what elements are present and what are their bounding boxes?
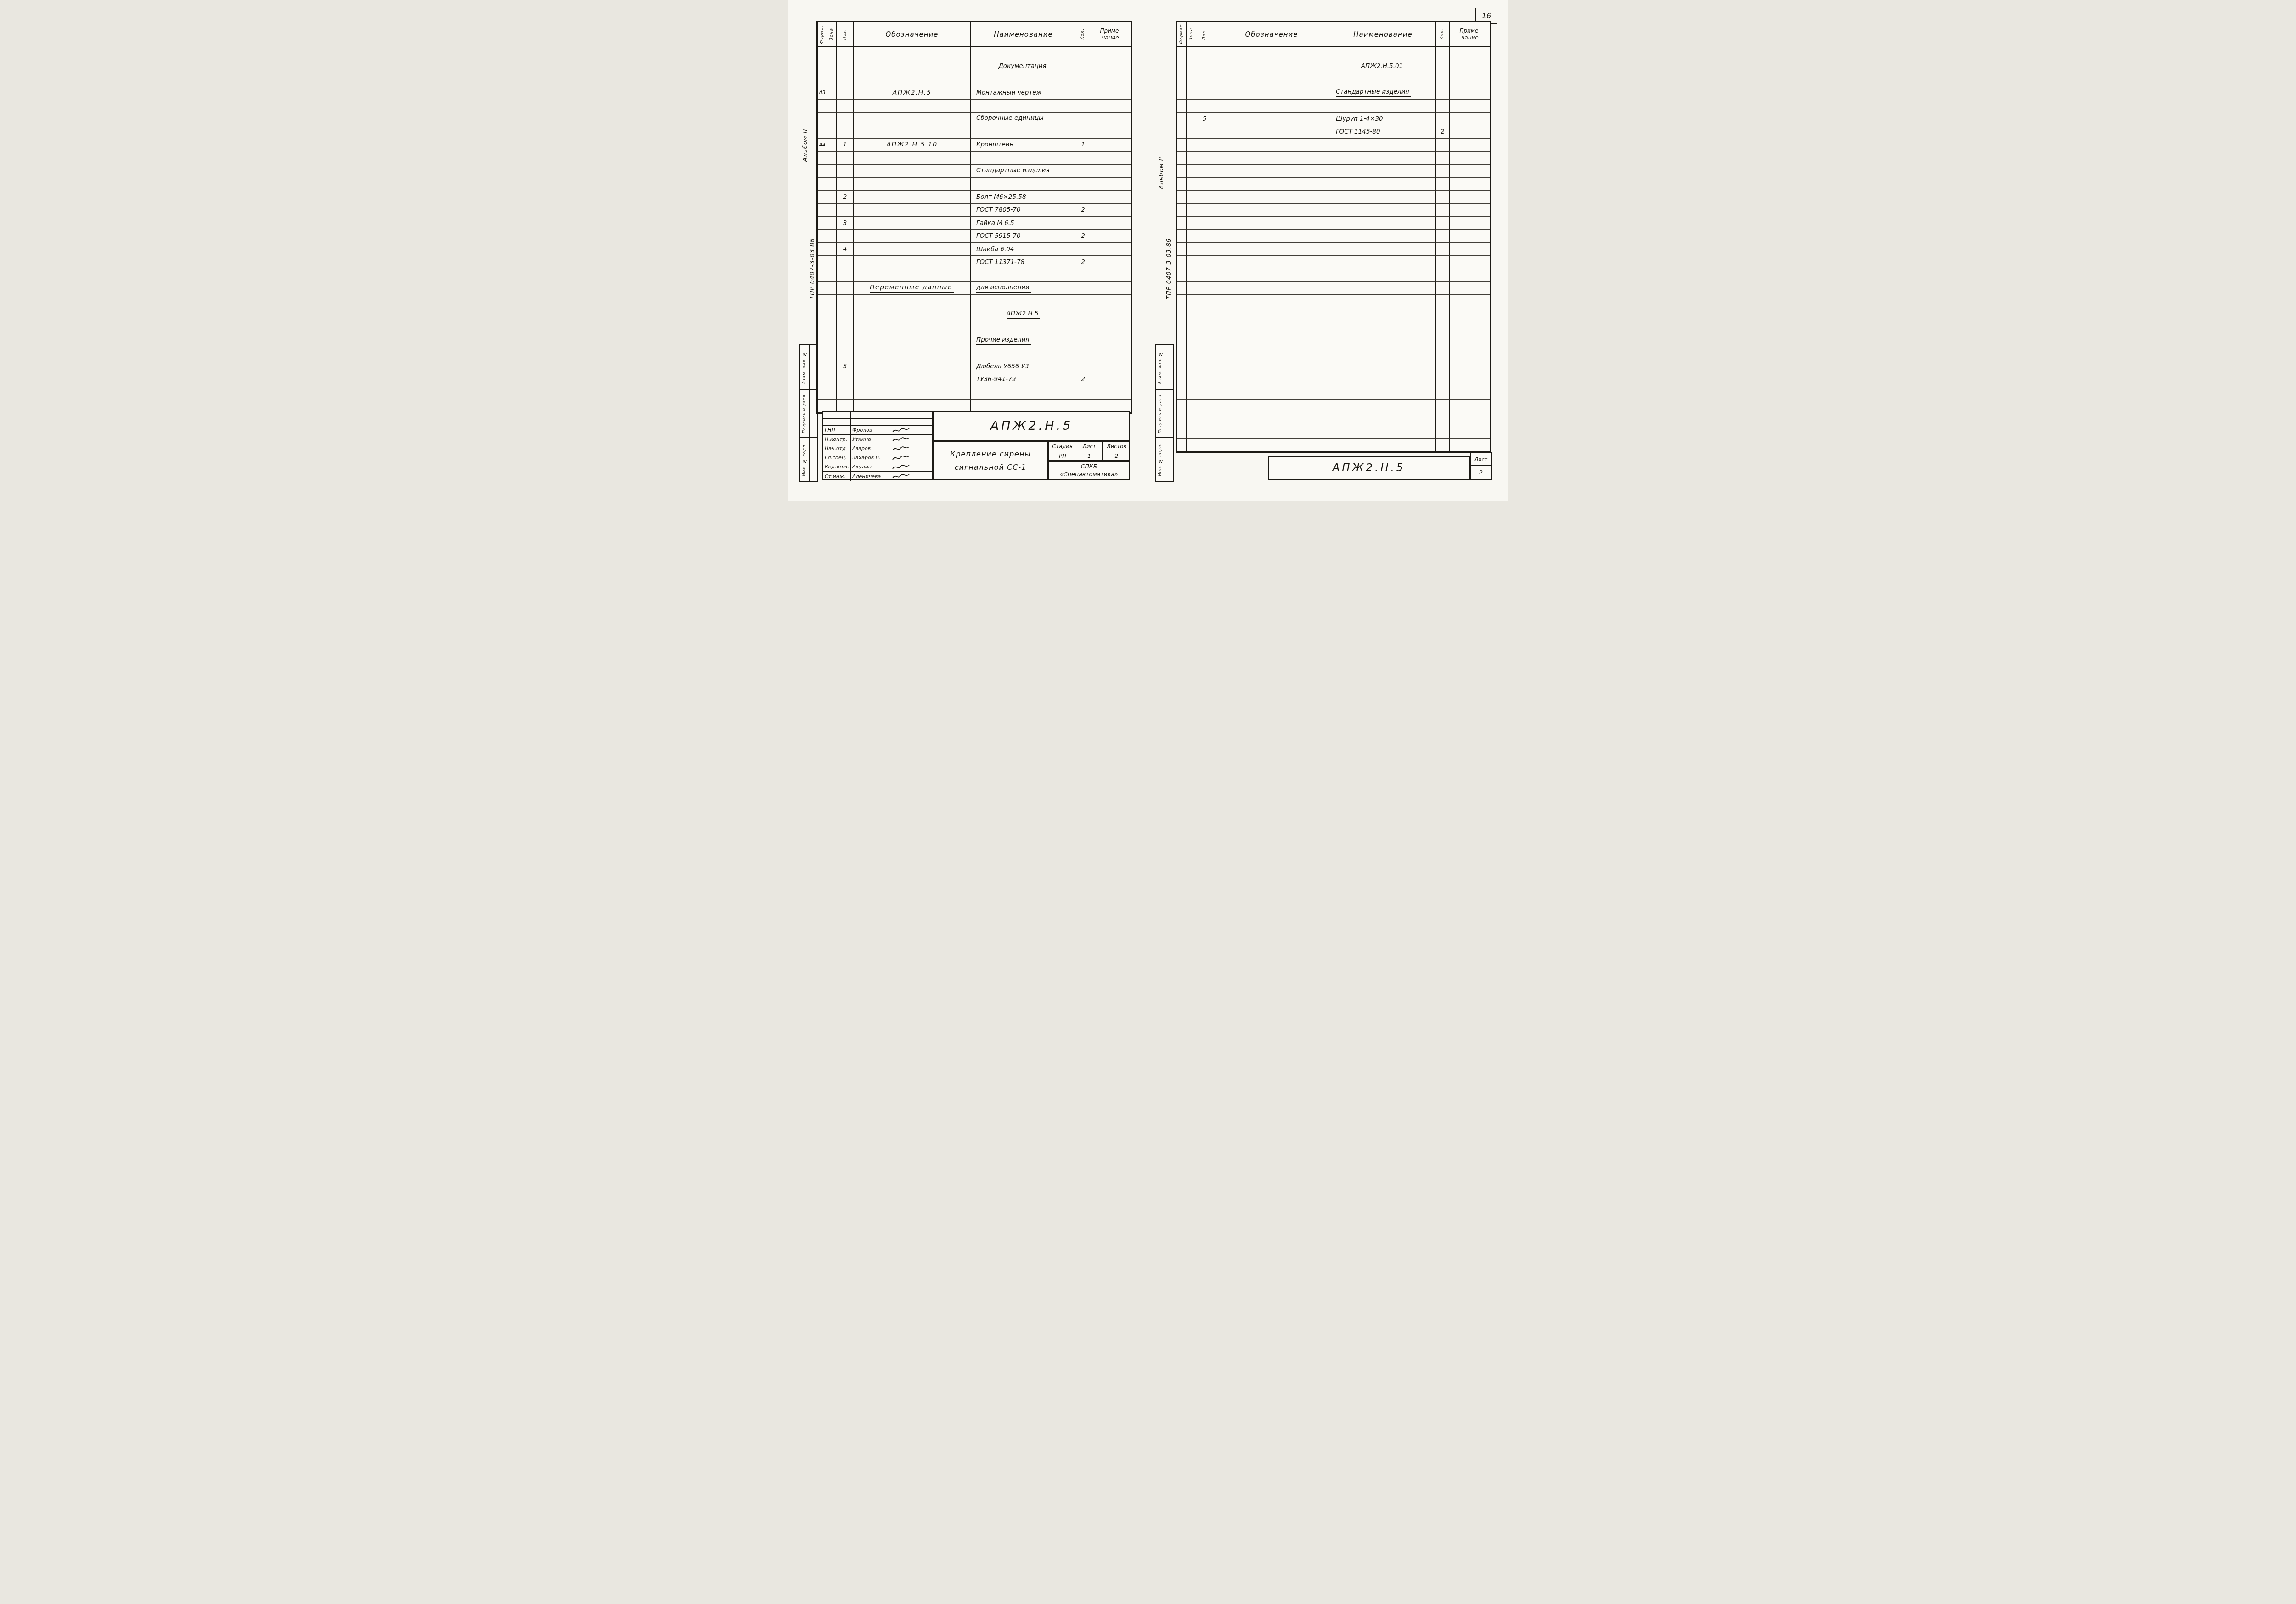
cell-format (1177, 373, 1187, 386)
cell-format (1177, 165, 1187, 178)
cell-designation (1213, 308, 1330, 321)
cell-zone (1187, 373, 1196, 386)
name-value: ГОСТ 11371-78 (976, 259, 1024, 266)
cell-format (1177, 243, 1187, 256)
cell-pos (1196, 334, 1213, 347)
signer-role: ГНП (823, 426, 851, 435)
cell-name (1330, 243, 1436, 256)
format-header-label: Формат (820, 24, 824, 44)
cell-qty (1436, 321, 1450, 334)
cell-zone (827, 360, 837, 373)
cell-zone (827, 100, 837, 113)
cell-format (1177, 125, 1187, 138)
signer-role-text: Гл.спец. (825, 455, 847, 461)
cell-name (971, 178, 1076, 191)
cell-pos (837, 152, 854, 164)
stamp-label: Взам. инв. № (1156, 345, 1165, 390)
cell-zone (827, 386, 837, 399)
cell-note (1450, 47, 1490, 60)
cell-qty (1436, 139, 1450, 152)
cell-name (1330, 412, 1436, 425)
cell-qty (1076, 295, 1090, 308)
cell-name (971, 321, 1076, 334)
signer-name: Фролов (851, 426, 890, 435)
cell-zone (827, 47, 837, 60)
cell-name (1330, 321, 1436, 334)
cell-note (1450, 125, 1490, 138)
cell-pos (1196, 439, 1213, 451)
title-line-2: сигнальной СС-1 (955, 463, 1027, 472)
cell-note (1090, 86, 1131, 99)
cell-pos (837, 60, 854, 73)
cell-qty (1076, 47, 1090, 60)
cell-pos (837, 321, 854, 334)
stage-sheet-grid: Стадия Лист Листов РП 1 2 (1048, 441, 1130, 461)
header-format: Формат (818, 22, 827, 47)
cell-designation (1213, 412, 1330, 425)
cell-zone (1187, 256, 1196, 269)
cell-zone (1187, 230, 1196, 242)
cell-qty (1436, 386, 1450, 399)
cell-zone (827, 347, 837, 360)
cell-designation (1213, 100, 1330, 113)
cell-pos (837, 165, 854, 178)
cell-format (818, 165, 827, 178)
cell-pos (1196, 178, 1213, 191)
cell-format (818, 60, 827, 73)
cell-format (818, 256, 827, 269)
cell-pos (837, 178, 854, 191)
cell-format (818, 360, 827, 373)
cell-note (1090, 73, 1131, 86)
cell-qty (1436, 230, 1450, 242)
stamp-podpis-data-right: Подпись и дата (1155, 389, 1174, 439)
cell-format (1177, 308, 1187, 321)
signer-signature (890, 435, 916, 444)
cell-qty (1076, 178, 1090, 191)
name-value: Дюбель У656 У3 (976, 363, 1029, 370)
note-line: Приме- (1459, 28, 1480, 34)
cell-qty (1436, 269, 1450, 282)
cell-name (971, 400, 1076, 412)
header-note: Приме-чание (1450, 22, 1490, 47)
signer-date (916, 444, 932, 453)
cell-designation (1213, 178, 1330, 191)
cell-pos (837, 86, 854, 99)
cell-zone (827, 139, 837, 152)
signer-date (916, 435, 932, 444)
cell-qty: 2 (1076, 256, 1090, 269)
cell-name: ГОСТ 1145-80 (1330, 125, 1436, 138)
cell-designation (854, 400, 971, 412)
spec-table-right: ФорматЗонаПоз.ОбозначениеНаименованиеКол… (1176, 21, 1491, 453)
cell-name: ТУ36-941-79 (971, 373, 1076, 386)
cell-designation (1213, 47, 1330, 60)
cell-qty (1436, 347, 1450, 360)
cell-qty: 1 (1076, 139, 1090, 152)
cell-zone (1187, 269, 1196, 282)
cell-qty (1436, 152, 1450, 164)
pos-header-label: Поз. (1203, 29, 1207, 40)
cell-designation (1213, 256, 1330, 269)
cell-note (1450, 373, 1490, 386)
cell-zone (827, 400, 837, 412)
cell-name: Шуруп 1-4×30 (1330, 113, 1436, 125)
cell-note (1450, 73, 1490, 86)
cell-qty (1436, 360, 1450, 373)
cell-name: Прочие изделия (971, 334, 1076, 347)
cell-format (818, 282, 827, 295)
cell-name: Документация (971, 60, 1076, 73)
title-line-1: Крепление сирены (950, 450, 1031, 458)
cell-zone (1187, 282, 1196, 295)
cell-zone (1187, 60, 1196, 73)
cell-note (1090, 60, 1131, 73)
cell-note (1090, 230, 1131, 242)
signature-mark (892, 463, 910, 471)
cell-format (818, 269, 827, 282)
cell-pos (1196, 412, 1213, 425)
signer-role: Н.контр. (823, 435, 851, 444)
cell-designation (1213, 360, 1330, 373)
signer-name: Уткина (851, 435, 890, 444)
cell-format (1177, 295, 1187, 308)
sheets-value-cell: 2 (1103, 451, 1131, 460)
cell-pos (837, 113, 854, 125)
cell-note (1450, 178, 1490, 191)
name-value: ГОСТ 7805-70 (976, 206, 1021, 214)
cell-zone (827, 243, 837, 256)
cell-pos (1196, 308, 1213, 321)
cell-zone (1187, 191, 1196, 203)
cell-designation (1213, 386, 1330, 399)
cell-zone (827, 373, 837, 386)
signer-signature (890, 444, 916, 453)
stamp-vzam-inv-right: Взам. инв. № (1155, 344, 1174, 391)
cell-name: Болт М6×25.58 (971, 191, 1076, 203)
cell-zone (1187, 73, 1196, 86)
cell-note (1450, 425, 1490, 438)
cell-pos (837, 373, 854, 386)
cell-zone (1187, 439, 1196, 451)
signers-empty-cell (890, 412, 916, 419)
cell-name (1330, 204, 1436, 217)
cell-qty (1436, 204, 1450, 217)
signer-date (916, 472, 932, 481)
zone-header-label: Зона (830, 28, 834, 40)
cell-note (1450, 321, 1490, 334)
cell-pos (1196, 217, 1213, 230)
cell-zone (827, 308, 837, 321)
cell-qty (1436, 400, 1450, 412)
cell-qty (1436, 217, 1450, 230)
signers-empty-cell (916, 419, 932, 426)
cell-format (818, 100, 827, 113)
cell-designation (1213, 321, 1330, 334)
name-value: Стандартные изделия (1336, 88, 1411, 97)
signer-signature (890, 472, 916, 481)
stamp-empty (810, 438, 817, 481)
cell-zone (827, 152, 837, 164)
cell-name: Дюбель У656 У3 (971, 360, 1076, 373)
cell-name (1330, 191, 1436, 203)
cell-qty (1076, 360, 1090, 373)
cell-qty (1076, 60, 1090, 73)
cell-note (1450, 60, 1490, 73)
cell-format (818, 204, 827, 217)
cell-pos (837, 334, 854, 347)
cell-zone (1187, 308, 1196, 321)
zone-header-label: Зона (1189, 28, 1193, 40)
cell-name (971, 386, 1076, 399)
cell-format (1177, 152, 1187, 164)
cell-designation: Переменные данные (854, 282, 971, 295)
cell-qty (1076, 308, 1090, 321)
cell-qty (1076, 321, 1090, 334)
cell-note (1090, 139, 1131, 152)
cell-designation (1213, 295, 1330, 308)
cell-zone (827, 165, 837, 178)
pos-value: 2 (843, 193, 847, 201)
cell-name (1330, 386, 1436, 399)
sheets-label-cell: Листов (1103, 442, 1131, 451)
cell-zone (1187, 152, 1196, 164)
cell-qty (1076, 334, 1090, 347)
cell-designation (854, 230, 971, 242)
cell-zone (827, 113, 837, 125)
cell-qty (1436, 100, 1450, 113)
name-value: Документация (998, 62, 1048, 71)
signer-name-text: Фролов (852, 427, 872, 433)
cell-zone (827, 191, 837, 203)
cell-name (1330, 230, 1436, 242)
cell-pos (1196, 282, 1213, 295)
cell-format (1177, 47, 1187, 60)
qty-value: 2 (1081, 232, 1085, 240)
cell-note (1090, 178, 1131, 191)
cell-format (1177, 113, 1187, 125)
signer-name: Аленичева (851, 472, 890, 481)
stamp-label: Инв. № подл. (800, 438, 810, 481)
signer-name-text: Азаров (852, 445, 871, 451)
cell-qty (1436, 295, 1450, 308)
cell-format (818, 373, 827, 386)
stamp-inv-podl-right: Инв. № подл. (1155, 437, 1174, 482)
cell-note (1090, 113, 1131, 125)
cell-qty: 2 (1076, 230, 1090, 242)
cell-format (1177, 217, 1187, 230)
cell-name (1330, 360, 1436, 373)
header-designation: Обозначение (1213, 22, 1330, 47)
stamp-empty (1165, 438, 1173, 481)
stamp-empty (1165, 345, 1173, 390)
cell-zone (827, 204, 837, 217)
cell-note (1450, 439, 1490, 451)
cell-note (1090, 282, 1131, 295)
cell-designation (1213, 334, 1330, 347)
note-line: чание (1100, 34, 1120, 41)
spec-table-left: ФорматЗонаПоз.ОбозначениеНаименованиеКол… (816, 21, 1132, 414)
cell-designation (854, 178, 971, 191)
cell-zone (827, 125, 837, 138)
cell-name (1330, 269, 1436, 282)
name-value: АПЖ2.Н.5 (1007, 310, 1041, 319)
cell-zone (827, 334, 837, 347)
corner-sheet-value: 2 (1471, 466, 1491, 479)
cell-zone (1187, 47, 1196, 60)
cell-designation (854, 243, 971, 256)
cell-note (1450, 334, 1490, 347)
cell-format (1177, 73, 1187, 86)
cell-pos (837, 295, 854, 308)
cell-designation (854, 347, 971, 360)
cell-zone (1187, 113, 1196, 125)
cell-pos (1196, 386, 1213, 399)
cell-qty (1436, 47, 1450, 60)
cell-format (818, 400, 827, 412)
designation-value: АПЖ2.Н.5 (893, 89, 931, 96)
cell-qty: 2 (1076, 373, 1090, 386)
header-designation: Обозначение (854, 22, 971, 47)
signature-mark (892, 427, 910, 434)
cell-note (1450, 113, 1490, 125)
cell-note (1450, 412, 1490, 425)
cell-designation (854, 269, 971, 282)
cell-format (1177, 386, 1187, 399)
cell-designation (1213, 191, 1330, 203)
cell-designation (1213, 73, 1330, 86)
qty-value: 2 (1441, 128, 1445, 135)
cell-designation (854, 321, 971, 334)
pos-value: 5 (843, 363, 847, 370)
cell-designation (1213, 400, 1330, 412)
cell-name (971, 152, 1076, 164)
cell-pos (1196, 139, 1213, 152)
cell-note (1450, 256, 1490, 269)
cell-zone (1187, 204, 1196, 217)
cell-pos: 3 (837, 217, 854, 230)
cell-qty (1436, 165, 1450, 178)
title-block: ГНПФроловН.контр.УткинаНач.отдАзаровГл.с… (822, 411, 1130, 480)
cell-note (1450, 165, 1490, 178)
cell-pos (837, 230, 854, 242)
cell-qty: 2 (1436, 125, 1450, 138)
cell-designation (1213, 60, 1330, 73)
cell-note (1450, 295, 1490, 308)
cell-pos (1196, 269, 1213, 282)
cell-zone (1187, 334, 1196, 347)
name-header-label: Наименование (994, 30, 1053, 39)
cell-note (1090, 360, 1131, 373)
cell-designation (1213, 152, 1330, 164)
note-line: чание (1459, 34, 1480, 41)
name-value: Шуруп 1-4×30 (1336, 115, 1383, 123)
cell-pos (1196, 230, 1213, 242)
cell-qty (1436, 243, 1450, 256)
cell-zone (827, 178, 837, 191)
cell-zone (827, 73, 837, 86)
doc-code-label-right: ТПР 0407-3-03.86 (1165, 238, 1172, 299)
cell-format (818, 113, 827, 125)
cell-name: для исполнений (971, 282, 1076, 295)
cell-designation (854, 373, 971, 386)
signer-name-text: Уткина (852, 436, 871, 442)
header-pos: Поз. (1196, 22, 1213, 47)
doc-code-label-left: ТПР 0407-3-03.86 (809, 238, 816, 299)
title-block-title: Крепление сирены сигнальной СС-1 (933, 441, 1048, 480)
cell-format: А4 (818, 139, 827, 152)
cell-pos (837, 269, 854, 282)
org-line-1: СПКБ (1081, 463, 1097, 470)
stage-value-cell: РП (1049, 451, 1076, 460)
pos-value: 1 (843, 141, 847, 148)
stamp-label: Подпись и дата (800, 390, 810, 438)
cell-note (1090, 295, 1131, 308)
stamp-label: Подпись и дата (1156, 390, 1165, 438)
signers-empty-cell (851, 412, 890, 419)
cell-note (1090, 256, 1131, 269)
cell-zone (1187, 295, 1196, 308)
signer-name-text: Акулин (852, 464, 872, 470)
cell-note (1450, 86, 1490, 99)
stamp-vzam-inv-left: Взам. инв. № (799, 344, 818, 391)
cell-name (1330, 139, 1436, 152)
cell-note (1090, 204, 1131, 217)
cell-zone (1187, 386, 1196, 399)
org-line-2: «Спецавтоматика» (1060, 471, 1118, 478)
cell-name (1330, 256, 1436, 269)
cell-zone (1187, 86, 1196, 99)
cell-format (818, 295, 827, 308)
cell-designation (1213, 347, 1330, 360)
cell-name (971, 125, 1076, 138)
cell-qty (1436, 334, 1450, 347)
header-pos: Поз. (837, 22, 854, 47)
cell-designation (1213, 139, 1330, 152)
album-label-left: Альбом II (802, 129, 809, 162)
cell-note (1450, 204, 1490, 217)
cell-note (1090, 47, 1131, 60)
cell-format (1177, 412, 1187, 425)
sheet-label-cell: Лист (1076, 442, 1103, 451)
cell-zone (827, 295, 837, 308)
designation-header-label: Обозначение (1245, 30, 1298, 39)
cell-format (1177, 191, 1187, 203)
signer-role: Вед.инж. (823, 462, 851, 472)
cell-note (1450, 269, 1490, 282)
cell-note (1090, 243, 1131, 256)
cell-designation (1213, 204, 1330, 217)
cell-designation (1213, 425, 1330, 438)
cell-format (818, 178, 827, 191)
cell-pos (1196, 360, 1213, 373)
cell-qty (1436, 113, 1450, 125)
cell-format (818, 191, 827, 203)
cell-pos (1196, 86, 1213, 99)
signer-role: Нач.отд (823, 444, 851, 453)
cell-format (1177, 256, 1187, 269)
name-value: Монтажный чертеж (976, 89, 1042, 96)
header-name: Наименование (1330, 22, 1436, 47)
signers-empty-cell (916, 412, 932, 419)
cell-name (1330, 178, 1436, 191)
cell-note (1090, 125, 1131, 138)
cell-format (1177, 100, 1187, 113)
cell-qty (1076, 386, 1090, 399)
cell-zone (1187, 165, 1196, 178)
cell-qty (1076, 269, 1090, 282)
cell-note (1450, 282, 1490, 295)
